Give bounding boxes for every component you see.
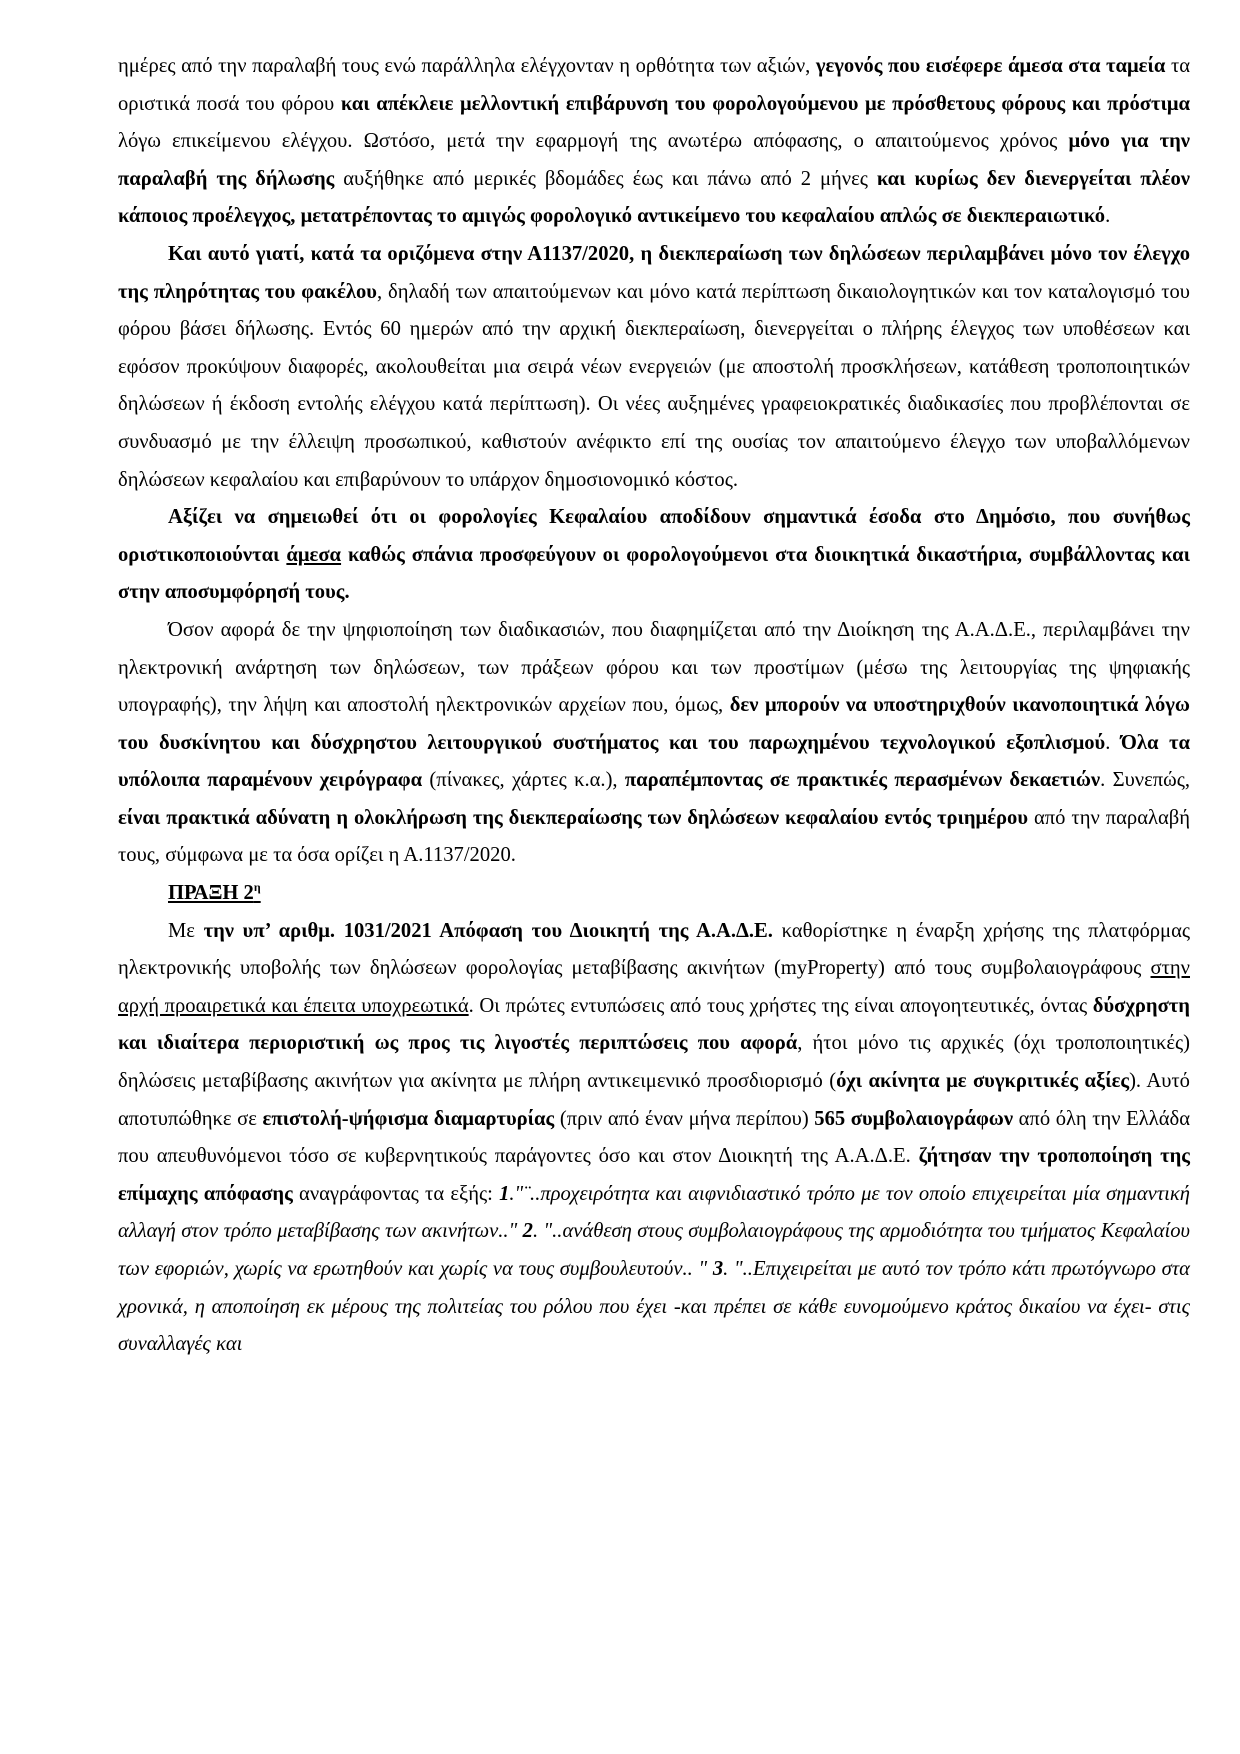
- section-heading-text: ΠΡΑΞΗ 2: [168, 882, 254, 904]
- section-heading-superscript: η: [254, 880, 261, 894]
- paragraph: Αξίζει να σημειωθεί ότι οι φορολογίες Κε…: [118, 499, 1190, 612]
- body-text-after-heading: Με την υπ’ αριθμ. 1031/2021 Απόφαση του …: [118, 913, 1190, 1364]
- paragraph: Με την υπ’ αριθμ. 1031/2021 Απόφαση του …: [118, 913, 1190, 1364]
- paragraph: Όσον αφορά δε την ψηφιοποίηση των διαδικ…: [118, 612, 1190, 875]
- section-heading: ΠΡΑΞΗ 2η: [168, 875, 1190, 913]
- paragraph: ημέρες από την παραλαβή τους ενώ παράλλη…: [118, 48, 1190, 236]
- paragraph: Και αυτό γιατί, κατά τα οριζόμενα στην Α…: [118, 236, 1190, 499]
- body-text-before-heading: ημέρες από την παραλαβή τους ενώ παράλλη…: [118, 48, 1190, 875]
- document-page: ημέρες από την παραλαβή τους ενώ παράλλη…: [118, 48, 1190, 1364]
